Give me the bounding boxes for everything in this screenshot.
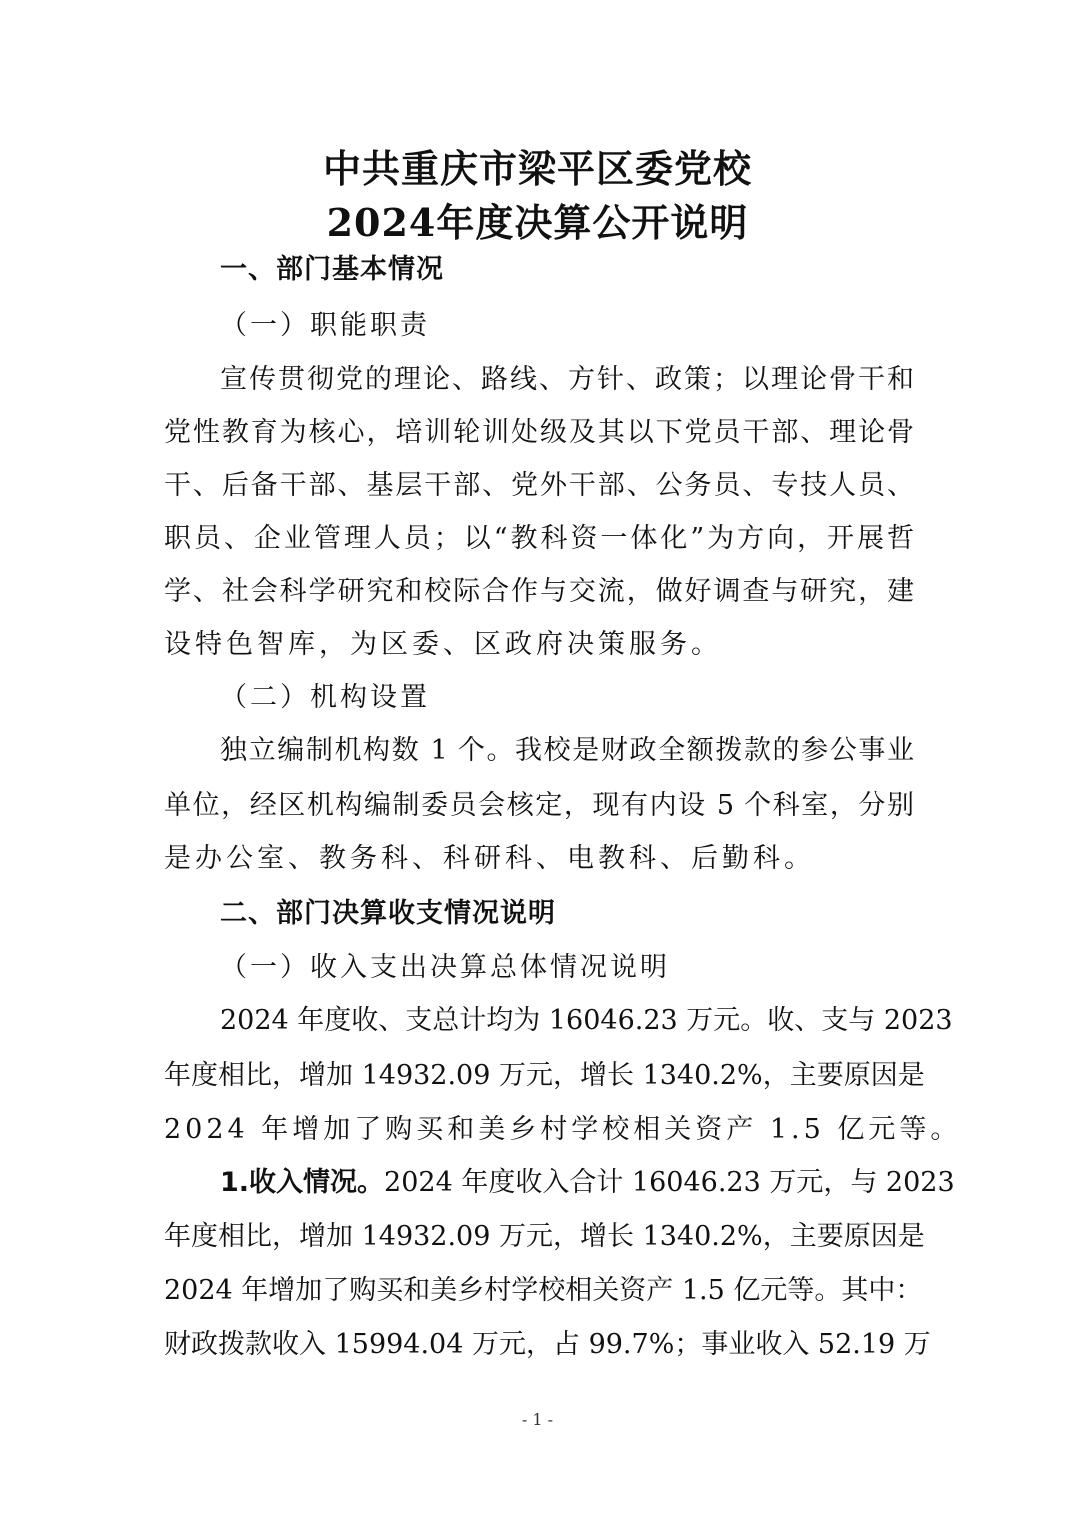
paragraph-line: 党性教育为核心，培训轮训处级及其以下党员干部、理论骨 bbox=[164, 415, 914, 451]
paragraph-line: 2024 年度收、支总计均为 16046.23 万元。收、支与 2023 bbox=[220, 1003, 914, 1039]
document-title-line2: 2024年度决算公开说明 bbox=[0, 192, 1075, 247]
section1-heading: 一、部门基本情况 bbox=[220, 252, 970, 288]
paragraph-line: 年度相比，增加 14932.09 万元，增长 1340.2%，主要原因是 bbox=[164, 1058, 914, 1094]
paragraph-line: 2024 年增加了购买和美乡村学校相关资产 1.5 亿元等。其中： bbox=[164, 1273, 914, 1309]
section2-heading: 二、部门决算收支情况说明 bbox=[220, 896, 970, 932]
paragraph-line: 宣传贯彻党的理论、路线、方针、政策；以理论骨干和 bbox=[220, 362, 914, 398]
paragraph-line: 学、社会科学研究和校际合作与交流，做好调查与研究，建 bbox=[164, 574, 914, 610]
paragraph-line: 单位，经区机构编制委员会核定，现有内设 5 个科室，分别 bbox=[164, 788, 914, 824]
paragraph-line: 职员、企业管理人员；以“教科资一体化”为方向，开展哲 bbox=[164, 521, 914, 557]
section1-sub1-heading: （一）职能职责 bbox=[220, 308, 970, 344]
paragraph-line: 是办公室、教务科、科研科、电教科、后勤科。 bbox=[164, 841, 914, 877]
paragraph-line: 2024 年增加了购买和美乡村学校相关资产 1.5 亿元等。 bbox=[164, 1112, 914, 1148]
page-number: - 1 - bbox=[0, 1410, 1075, 1429]
section2-sub1-heading: （一）收入支出决算总体情况说明 bbox=[220, 950, 970, 986]
paragraph-line: 独立编制机构数 1 个。我校是财政全额拨款的参公事业 bbox=[220, 733, 914, 769]
paragraph-line: 1.收入情况。2024 年度收入合计 16046.23 万元，与 2023 bbox=[220, 1165, 914, 1201]
income-line1-rest: 2024 年度收入合计 16046.23 万元，与 2023 bbox=[384, 1167, 955, 1198]
document-title-line1: 中共重庆市梁平区委党校 bbox=[0, 138, 1075, 193]
paragraph-line: 年度相比，增加 14932.09 万元，增长 1340.2%，主要原因是 bbox=[164, 1219, 914, 1255]
paragraph-line: 财政拨款收入 15994.04 万元，占 99.7%；事业收入 52.19 万 bbox=[164, 1327, 914, 1363]
section1-sub2-heading: （二）机构设置 bbox=[220, 680, 970, 716]
income-lead: 1.收入情况。 bbox=[220, 1167, 384, 1198]
paragraph-line: 干、后备干部、基层干部、党外干部、公务员、专技人员、 bbox=[164, 468, 914, 504]
paragraph-line: 设特色智库，为区委、区政府决策服务。 bbox=[164, 627, 914, 663]
